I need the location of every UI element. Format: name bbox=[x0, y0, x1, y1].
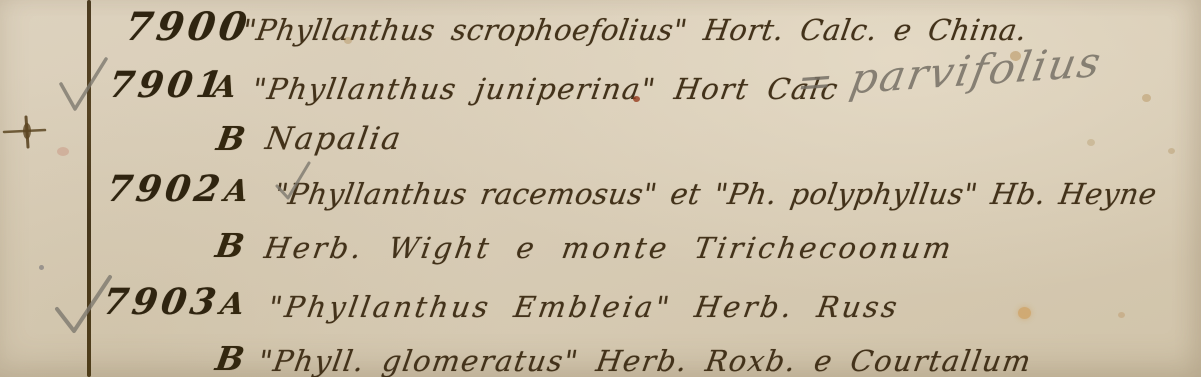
entry-number: 7900 bbox=[122, 4, 254, 50]
entry-number: 7903 bbox=[100, 281, 223, 323]
foxing-spot bbox=[1018, 307, 1031, 319]
ink-plus-icon bbox=[4, 117, 45, 147]
foxing-spot bbox=[344, 37, 352, 44]
pink-smudge bbox=[57, 147, 69, 156]
pencil-checkmark-icon bbox=[61, 59, 106, 109]
entry-text: "Phyllanthus scrophoefolius" Hort. Calc.… bbox=[240, 13, 1029, 47]
entry-letter: A bbox=[210, 70, 239, 105]
pencil-dot bbox=[39, 265, 44, 270]
entry-text: Napalia bbox=[263, 121, 405, 157]
foxing-spot bbox=[1142, 94, 1151, 102]
entry-text: "Phyllanthus Embleia" Herb. Russ bbox=[266, 290, 902, 324]
entry-number: 7902 bbox=[104, 168, 227, 210]
foxing-spot bbox=[1168, 148, 1175, 154]
entry-text: "Phyll. glomeratus" Herb. Roxb. e Courta… bbox=[256, 344, 1034, 377]
entry-text: "Phyllanthus juniperina" Hort Calc bbox=[250, 72, 841, 106]
entry-text: Herb. Wight e monte Tirichecoonum bbox=[262, 231, 956, 265]
foxing-spot bbox=[1118, 312, 1125, 318]
margin-rule-line bbox=[87, 0, 91, 377]
entry-letter: A bbox=[222, 174, 251, 209]
entry-letter: B bbox=[214, 119, 248, 158]
ink-dot bbox=[633, 96, 640, 102]
manuscript-page: 7900 "Phyllanthus scrophoefolius" Hort. … bbox=[0, 0, 1201, 377]
foxing-spot bbox=[1010, 51, 1021, 61]
pencil-annotation: = parvifolius bbox=[793, 37, 1106, 107]
entry-letter: B bbox=[213, 226, 247, 265]
entry-letter: A bbox=[218, 287, 247, 322]
entry-letter: B bbox=[213, 339, 247, 377]
foxing-spot bbox=[1087, 139, 1095, 146]
entry-text: "Phyllanthus racemosus" et "Ph. polyphyl… bbox=[272, 177, 1159, 211]
